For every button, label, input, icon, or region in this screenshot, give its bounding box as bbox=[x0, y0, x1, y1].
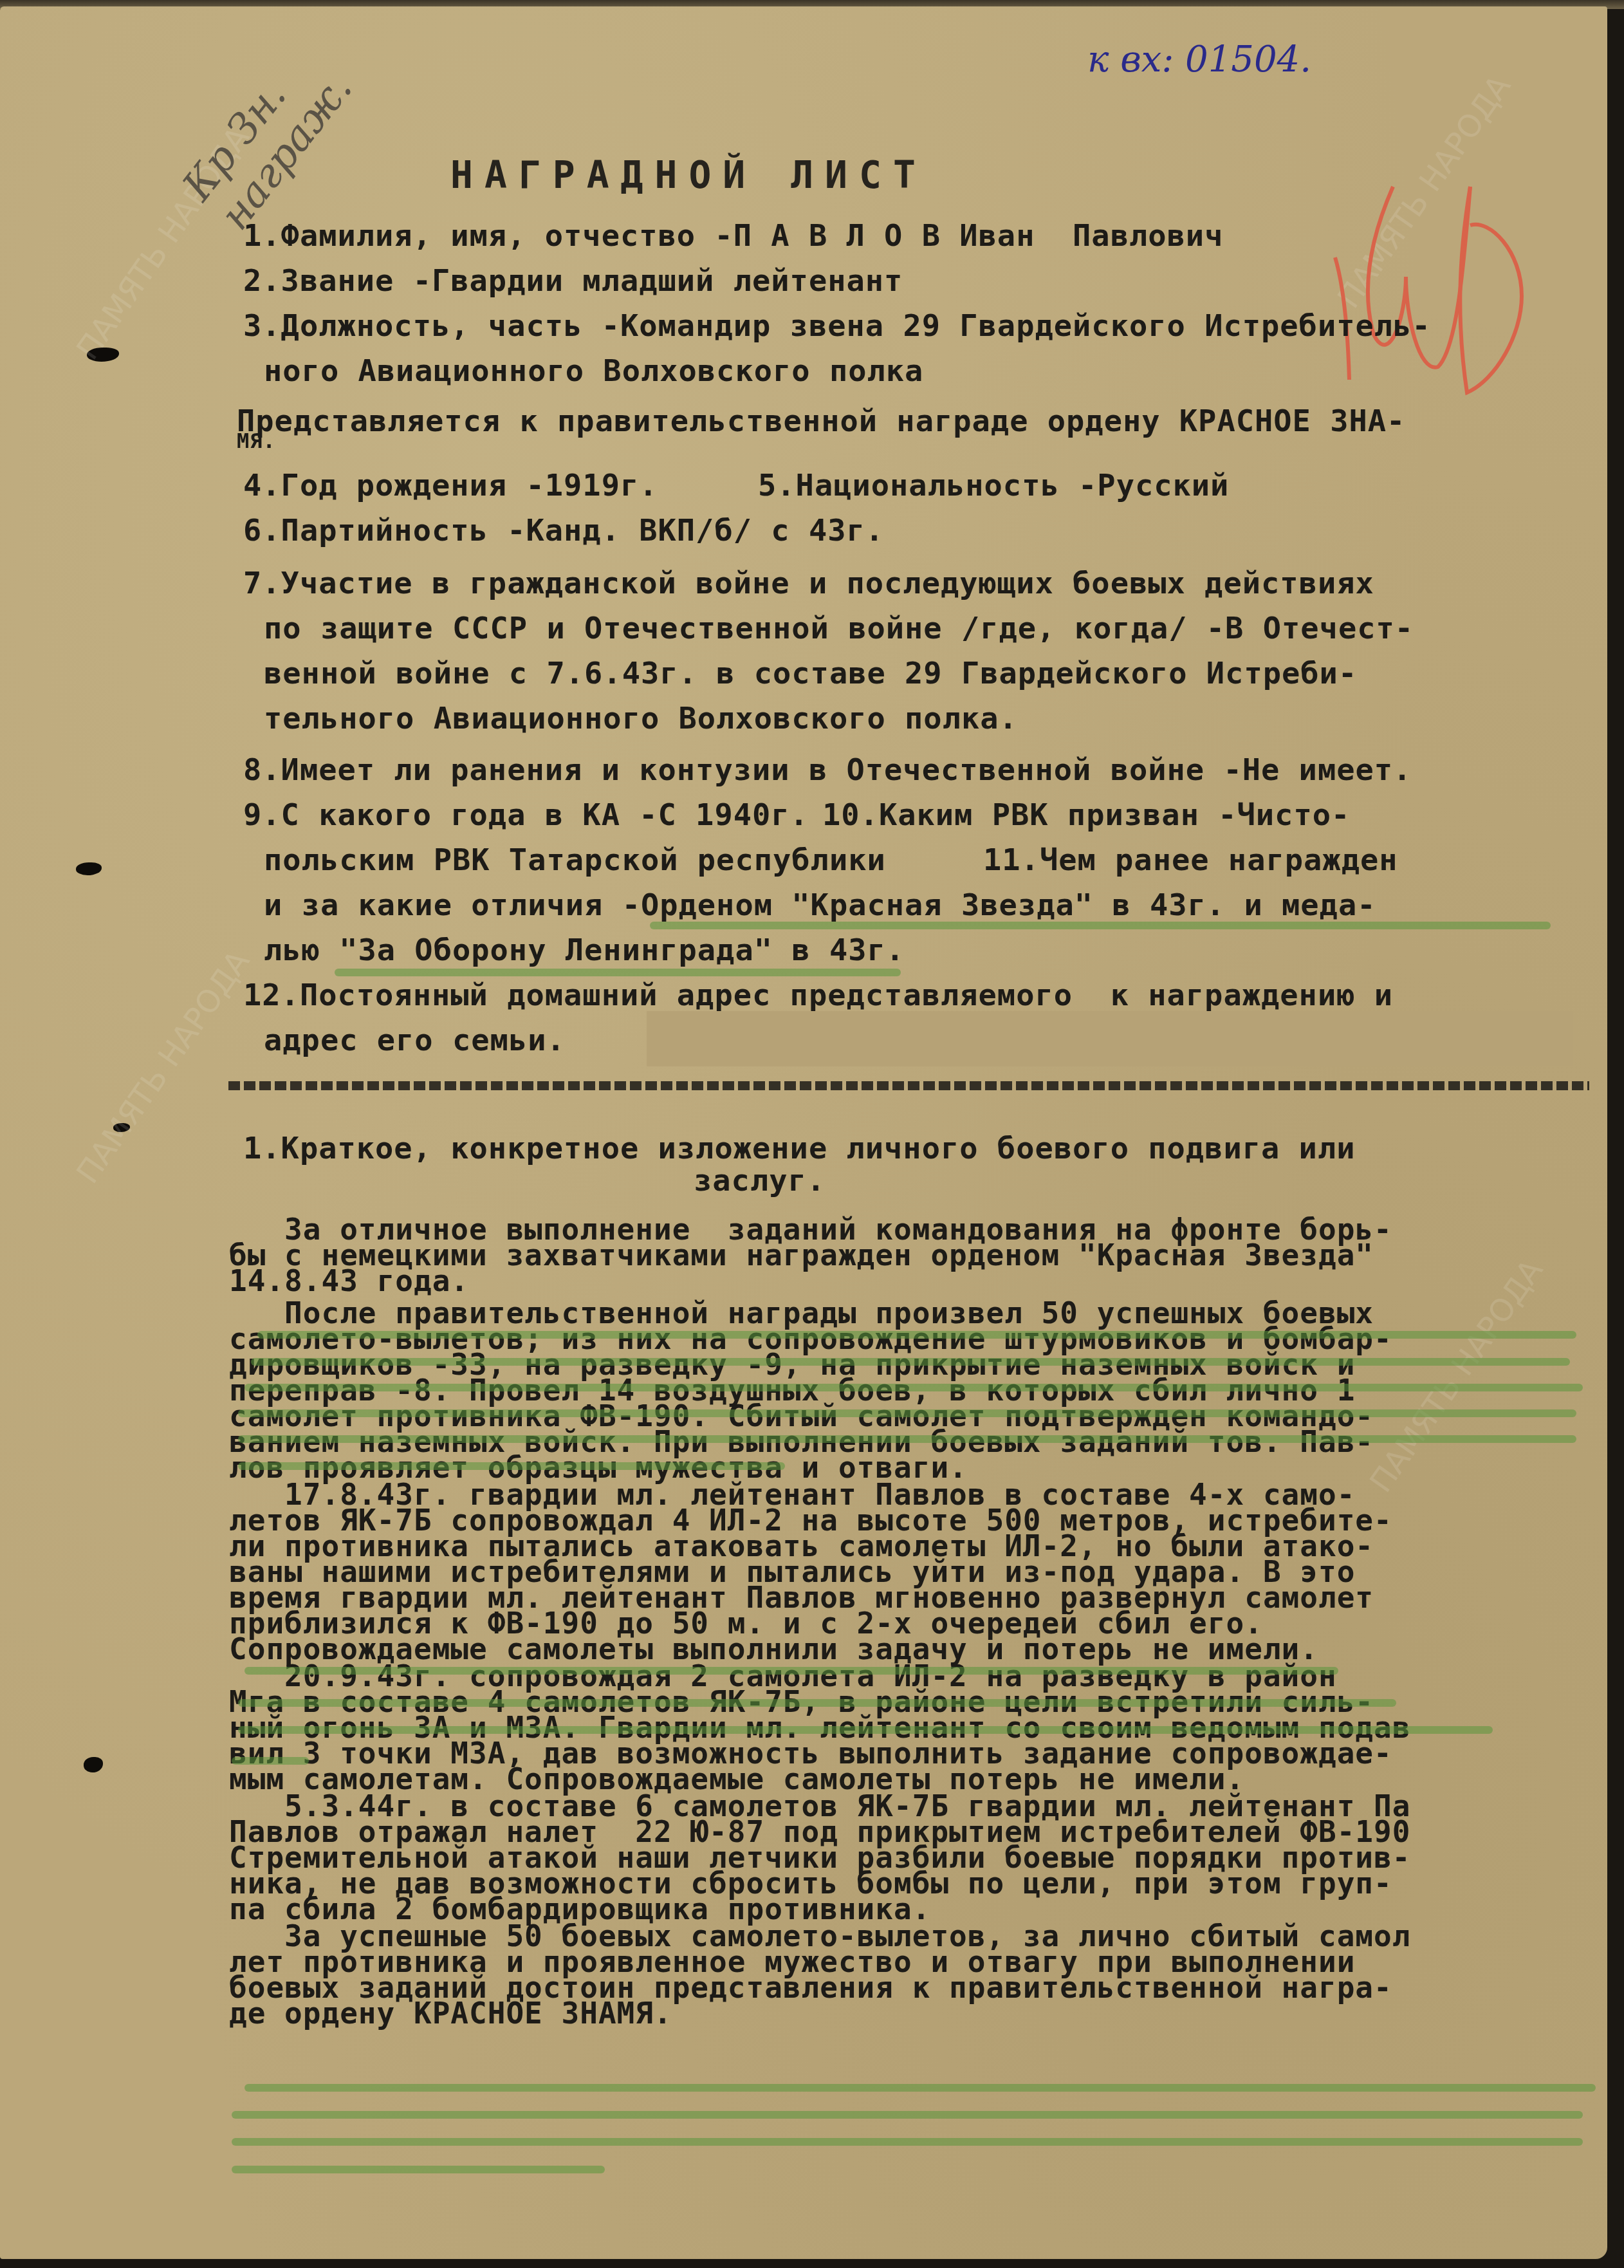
field-position: 3.Должность, часть -Командир звена 29 Гв… bbox=[243, 304, 1431, 349]
green-underline bbox=[232, 1757, 309, 1765]
green-underline bbox=[238, 1462, 785, 1470]
field-service-since: 9.С какого года в КА -С 1940г. bbox=[243, 793, 809, 838]
document-title: НАГРАДНОЙ ЛИСТ bbox=[450, 153, 927, 197]
green-underline bbox=[238, 1726, 1493, 1734]
green-underline bbox=[335, 969, 901, 976]
field-war-participation: 7.Участие в гражданской войне и последую… bbox=[243, 561, 1374, 606]
section-separator bbox=[228, 1081, 1589, 1090]
green-underline bbox=[245, 2084, 1596, 2092]
red-pencil-number-mark bbox=[1309, 122, 1567, 418]
green-underline bbox=[238, 1409, 1576, 1417]
field-nationality: 5.Национальность -Русский bbox=[758, 463, 1229, 508]
award-sheet-paper: ПАМЯТЬ НАРОДА ПАМЯТЬ НАРОДА ПАМЯТЬ НАРОД… bbox=[0, 6, 1607, 2259]
field-party: 6.Партийность -Канд. ВКП/б/ с 43г. bbox=[243, 508, 884, 553]
green-underline bbox=[650, 922, 1551, 929]
green-underline bbox=[257, 1331, 1576, 1339]
punch-hole bbox=[84, 1757, 103, 1772]
green-underline bbox=[238, 1699, 1396, 1707]
field-rank: 2.Звание -Гвардии младший лейтенант bbox=[243, 259, 903, 304]
green-underline bbox=[238, 1435, 1576, 1443]
redacted-address bbox=[647, 1011, 1573, 1066]
field-position-cont: ного Авиационного Волховского полка bbox=[264, 349, 923, 394]
green-underline bbox=[232, 2138, 1583, 2146]
punch-hole bbox=[76, 862, 102, 875]
field-name: 1.Фамилия, имя, отчество -П А В Л О В Ив… bbox=[243, 214, 1223, 259]
green-underline bbox=[251, 1358, 1570, 1366]
watermark: ПАМЯТЬ НАРОДА bbox=[69, 944, 257, 1190]
field-birth-year: 4.Год рождения -1919г. bbox=[243, 463, 658, 508]
award-nomination-cont: МЯ. bbox=[237, 418, 276, 463]
green-underline bbox=[245, 1667, 1338, 1675]
green-underline bbox=[232, 2111, 1583, 2119]
incoming-number: к вх: 01504. bbox=[1087, 39, 1311, 80]
field-previous-awards: 11.Чем ранее награжден bbox=[983, 838, 1398, 883]
field-wounds: 8.Имеет ли ранения и контузии в Отечеств… bbox=[243, 748, 1412, 793]
award-nomination: Представляется к правительственной награ… bbox=[237, 399, 1405, 444]
watermark: ПАМЯТЬ НАРОДА bbox=[1363, 1253, 1550, 1499]
green-underline bbox=[232, 2166, 605, 2173]
narrative-text: За отличное выполнение заданий командова… bbox=[229, 1216, 303, 2066]
green-underline bbox=[245, 1384, 1583, 1391]
field-draft-office: 10.Каким РВК призван -Чисто- bbox=[822, 793, 1350, 838]
